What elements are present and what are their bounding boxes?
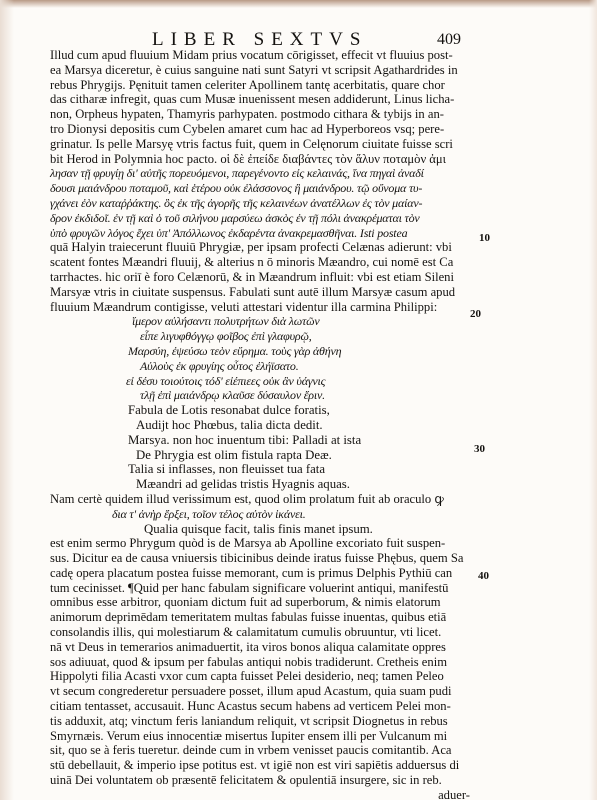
verse-line: Audijt hoc Phœbus, talia dicta dedit. xyxy=(50,418,470,433)
text-line: ea Marsya diceretur, è cuius sanguine na… xyxy=(50,63,470,78)
text-line: rebus Phrygijs. Pęnituit tamen celeriter… xyxy=(50,78,470,93)
greek-text-line: λησαν τῇ φρυγίῃ δι' αὐτῆς πορευόμενοι, π… xyxy=(50,166,470,181)
greek-text-line: Αὐλοὺς ἐκ φρυγίης οὗτος ἐλήϊσατο. xyxy=(50,359,470,374)
margin-line-number: 30 xyxy=(474,443,485,455)
text-line: tarrhactes. hic oriī è foro Celænorū, & … xyxy=(50,270,470,285)
text-line: Illud cum apud fluuium Midam prius vocat… xyxy=(50,48,470,63)
text-line: Nam certè quidem illud verissimum est, q… xyxy=(50,492,470,507)
text-line: est enim sermo Phrygum quòd is de Marsya… xyxy=(50,536,470,551)
text-line: omnibus esse arbitror, quoniam dictum fu… xyxy=(50,595,470,610)
catchword: aduer- xyxy=(50,788,470,800)
text-line: das citharæ infregit, quas cum Musæ inue… xyxy=(50,92,470,107)
page-edge-shadow xyxy=(0,0,597,8)
text-line: sus. Dicitur ea de causa vniuersis tibic… xyxy=(50,551,470,566)
text-line: Hippolyti filia Acasti vxor cum capta fu… xyxy=(50,669,470,684)
verse-line: De Phrygia est olim fistula rapta Deæ. xyxy=(50,448,470,463)
page-gutter-shadow xyxy=(0,0,14,800)
text-line: cadę opera placatum postea fuisse memora… xyxy=(50,566,470,581)
text-line: scatent fontes Mæandri fluuij, & alteriu… xyxy=(50,255,470,270)
text-line: sos adiuuat, quod & ipsum per fabulas an… xyxy=(50,655,470,670)
text-line: nā vt Deus in temerarios animaduertit, i… xyxy=(50,640,470,655)
text-line: non, Orpheus hypaten, Thamyris parhypate… xyxy=(50,107,470,122)
greek-text-line: γχάνει ἐὸν καταῤῥάκτης. ὃς ἐκ τῆς ἀγορῆς… xyxy=(50,196,470,211)
verse-line: Qualia quisque facit, talis finis manet … xyxy=(50,522,470,537)
margin-line-number: 40 xyxy=(478,570,489,582)
greek-text-line: δουσι μαιάνδρου ποταμοῦ, καὶ ἑτέρου οὐκ … xyxy=(50,181,470,196)
margin-line-number: 10 xyxy=(479,232,490,244)
text-line: sit, quo se à feris tueretur. deinde cum… xyxy=(50,743,470,758)
text-line: quā Halyin traiecerunt fluuiū Phrygiæ, p… xyxy=(50,240,470,255)
greek-text-line: δια τ' ἀνὴρ ἔρξει, τοῖον τέλος αὐτὸν ἱκά… xyxy=(50,507,470,522)
text-line: citiam tentasset, accusauit. Hunc Acastu… xyxy=(50,699,470,714)
text-line: grinatur. Is pelle Marsyę vtris factus f… xyxy=(50,137,470,152)
text-line: vt secum congrederetur persuadere posset… xyxy=(50,684,470,699)
text-line: stū debellauit, & imperio ipse potitus e… xyxy=(50,758,470,773)
text-line: tro Dionysi depositis cum Cybelen amaret… xyxy=(50,122,470,137)
verse-line: Fabula de Lotis resonabat dulce foratis, xyxy=(50,403,470,418)
greek-text-line: τλῇ ἐπὶ μαιάνδρῳ κλαῦσε δύσαυλον ἔριν. xyxy=(50,388,470,403)
greek-text-line: δρον ἐκδιδοῖ. ἐν τῇ καὶ ὁ τοῦ σιλήνου μα… xyxy=(50,211,470,226)
text-line: fluuium Mæandrum contigisse, veluti atte… xyxy=(50,300,470,315)
text-line: tis adduxit, atq; vinctum feris laniandu… xyxy=(50,714,470,729)
greek-text-line: ἵμερον αὐλήσαντι πολυτρήτων διὰ λωτῶν xyxy=(50,314,470,329)
verse-line: Marsya. non hoc inuentum tibi: Palladi a… xyxy=(50,433,470,448)
greek-text-line: εἰ δέσυ τοιούτοις τόδ' εἰέπιεες οὐκ ἂν ὑ… xyxy=(50,374,470,389)
text-line: consolandis illis, qui molestiarum & cal… xyxy=(50,625,470,640)
text-line: Smyrnæis. Verum eius innocentiæ misertus… xyxy=(50,729,470,744)
verse-line: Mæandri ad gelidas tristis Hyagnis aquas… xyxy=(50,477,470,492)
text-line: animorum deprimēdam temeritatem multas f… xyxy=(50,610,470,625)
text-line: Marsyæ vtris in ciuitate suspensus. Fabu… xyxy=(50,285,470,300)
text-line: bit Herod in Polymnia hoc pacto. οἱ δὲ ἐ… xyxy=(50,152,470,167)
margin-line-number: 20 xyxy=(470,308,481,320)
text-line: uinā Dei voluntatem ob præsentē felicita… xyxy=(50,773,470,788)
greek-text-line: ὑπὸ φρυγῶν λόγος ἔχει ὑπ' Ἀπόλλωνος ἐκδα… xyxy=(50,226,470,241)
greek-text-line: Μαρσύη, ἐψεύσω τεὸν εὕρημα. τοὺς γὰρ ἀθή… xyxy=(50,344,470,359)
text-line: tum cecinisset. ¶Quid per hanc fabulam s… xyxy=(50,581,470,596)
text-block: Illud cum apud fluuium Midam prius vocat… xyxy=(50,48,470,800)
page-number: 409 xyxy=(437,31,461,49)
greek-text-line: εἶπε λιγυφθόγγῳ φοῖβος ἐπὶ γλαφυρῷ, xyxy=(50,329,470,344)
page-fore-edge xyxy=(589,0,597,800)
verse-line: Talia si inflasses, non fleuisset tua fa… xyxy=(50,462,470,477)
